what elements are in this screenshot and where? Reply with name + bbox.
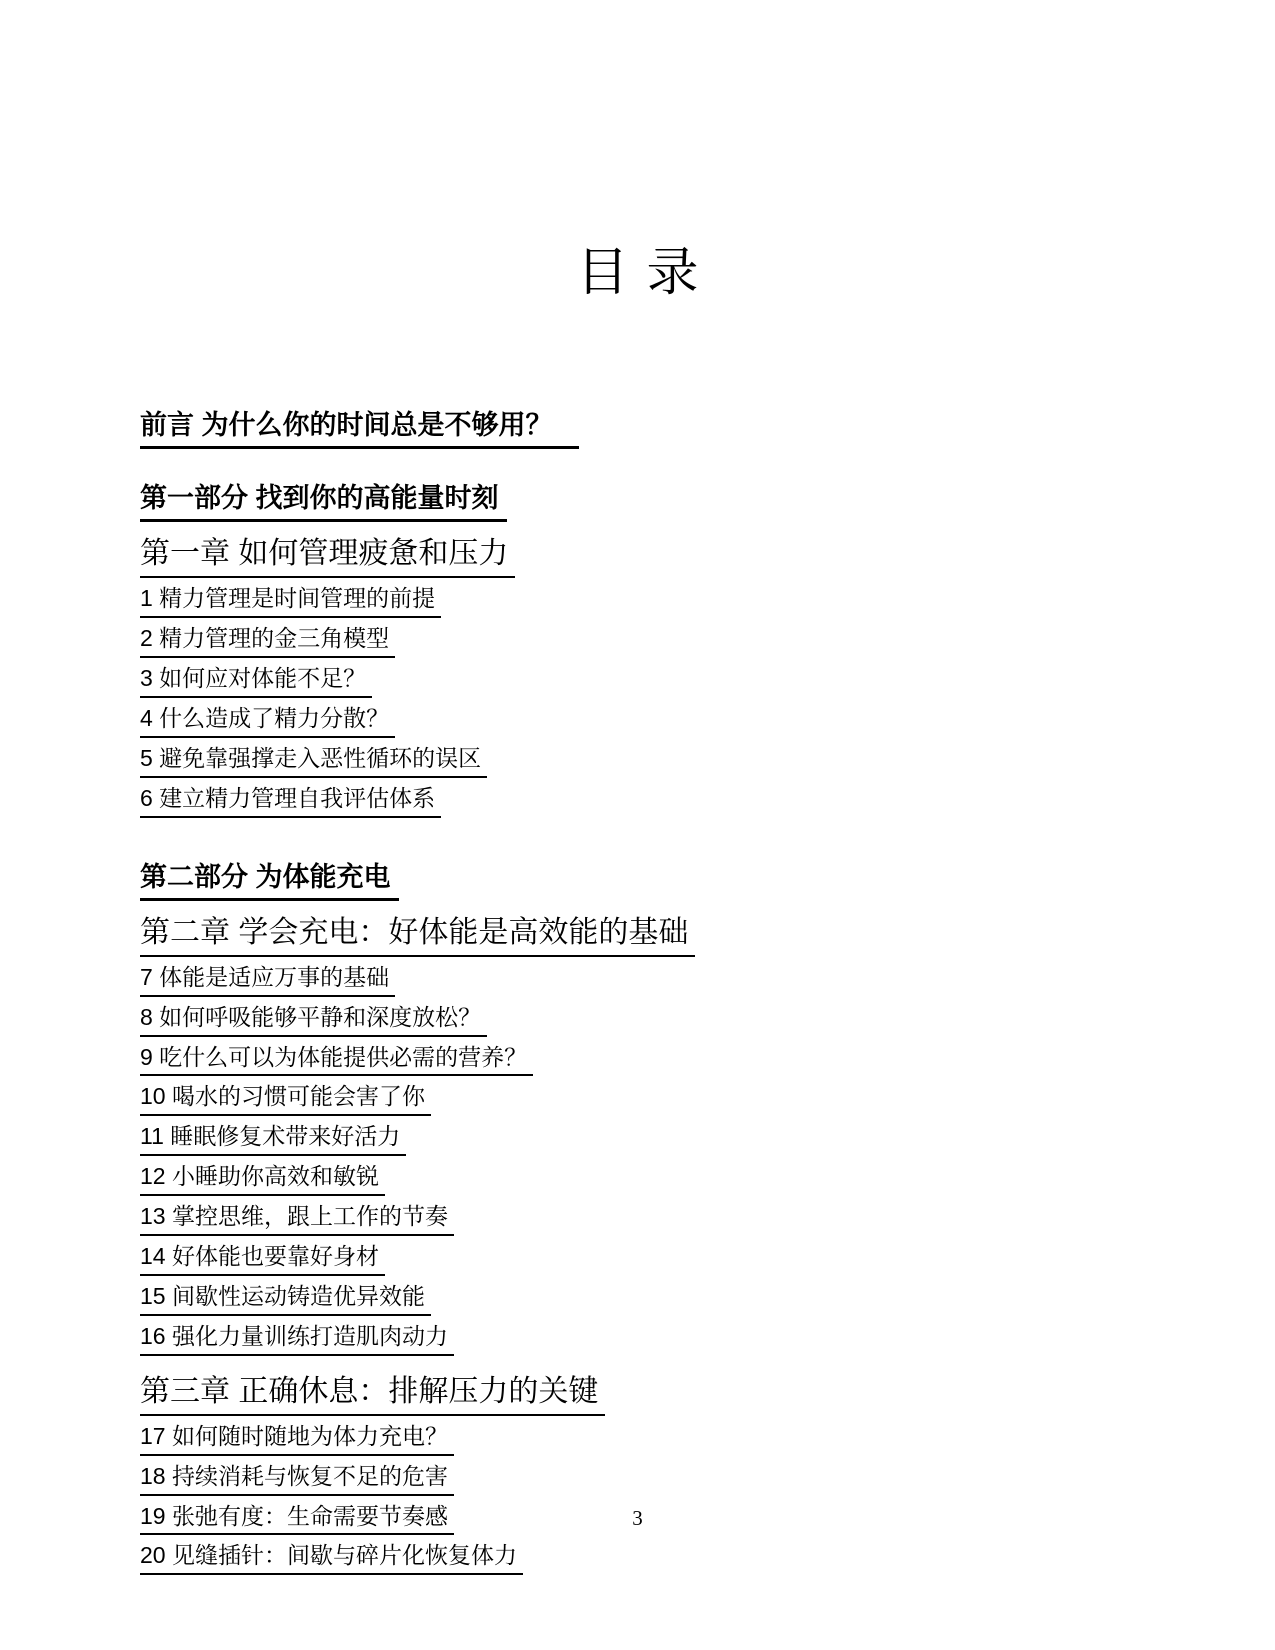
toc-link-item-4[interactable]: 4 什么造成了精力分散？ — [140, 704, 395, 738]
toc-item-15: 15 间歇性运动铸造优异效能 — [140, 1282, 1185, 1316]
toc-link-item-3[interactable]: 3 如何应对体能不足？ — [140, 664, 372, 698]
toc-link-part-2[interactable]: 第二部分 为体能充电 — [140, 860, 399, 901]
toc-link-item-8[interactable]: 8 如何呼吸能够平静和深度放松？ — [140, 1003, 487, 1037]
toc-item-20: 20 见缝插针：间歇与碎片化恢复体力 — [140, 1541, 1185, 1575]
toc-item-8: 8 如何呼吸能够平静和深度放松？ — [140, 1003, 1185, 1037]
page-number: 3 — [0, 1506, 1275, 1531]
toc-link-item-16[interactable]: 16 强化力量训练打造肌肉动力 — [140, 1322, 454, 1356]
toc-link-item-1[interactable]: 1 精力管理是时间管理的前提 — [140, 584, 441, 618]
toc-item-13: 13 掌控思维，跟上工作的节奏 — [140, 1202, 1185, 1236]
toc-link-part-1[interactable]: 第一部分 找到你的高能量时刻 — [140, 481, 507, 522]
toc-link-item-5[interactable]: 5 避免靠强撑走入恶性循环的误区 — [140, 744, 487, 778]
toc-item-18: 18 持续消耗与恢复不足的危害 — [140, 1462, 1185, 1496]
toc-link-item-18[interactable]: 18 持续消耗与恢复不足的危害 — [140, 1462, 454, 1496]
toc-link-item-10[interactable]: 10 喝水的习惯可能会害了你 — [140, 1082, 431, 1116]
toc-item-7: 7 体能是适应万事的基础 — [140, 963, 1185, 997]
toc-chapter-3: 第三章 正确休息：排解压力的关键 — [140, 1372, 1185, 1416]
toc-item-17: 17 如何随时随地为体力充电？ — [140, 1422, 1185, 1456]
toc-preface: 前言 为什么你的时间总是不够用？ — [140, 408, 1185, 449]
toc-link-item-17[interactable]: 17 如何随时随地为体力充电？ — [140, 1422, 454, 1456]
toc-link-preface[interactable]: 前言 为什么你的时间总是不够用？ — [140, 408, 579, 449]
toc-chapter-2: 第二章 学会充电：好体能是高效能的基础 — [140, 913, 1185, 957]
toc-item-12: 12 小睡助你高效和敏锐 — [140, 1162, 1185, 1196]
toc-item-3: 3 如何应对体能不足？ — [140, 664, 1185, 698]
toc-link-item-15[interactable]: 15 间歇性运动铸造优异效能 — [140, 1282, 431, 1316]
toc-link-chapter-2[interactable]: 第二章 学会充电：好体能是高效能的基础 — [140, 913, 695, 957]
toc-item-5: 5 避免靠强撑走入恶性循环的误区 — [140, 744, 1185, 778]
toc-link-item-13[interactable]: 13 掌控思维，跟上工作的节奏 — [140, 1202, 454, 1236]
toc-item-9: 9 吃什么可以为体能提供必需的营养？ — [140, 1043, 1185, 1077]
toc-link-item-9[interactable]: 9 吃什么可以为体能提供必需的营养？ — [140, 1043, 533, 1077]
toc-item-10: 10 喝水的习惯可能会害了你 — [140, 1082, 1185, 1116]
toc-item-1: 1 精力管理是时间管理的前提 — [140, 584, 1185, 618]
toc-item-6: 6 建立精力管理自我评估体系 — [140, 784, 1185, 818]
toc-item-11: 11 睡眠修复术带来好活力 — [140, 1122, 1185, 1156]
toc-link-chapter-3[interactable]: 第三章 正确休息：排解压力的关键 — [140, 1372, 605, 1416]
toc-item-2: 2 精力管理的金三角模型 — [140, 624, 1185, 658]
toc-link-item-6[interactable]: 6 建立精力管理自我评估体系 — [140, 784, 441, 818]
toc-link-chapter-1[interactable]: 第一章 如何管理疲惫和压力 — [140, 534, 515, 578]
document-page: 目录 前言 为什么你的时间总是不够用？ 第一部分 找到你的高能量时刻 第一章 如… — [0, 0, 1275, 1650]
toc-item-14: 14 好体能也要靠好身材 — [140, 1242, 1185, 1276]
toc-link-item-14[interactable]: 14 好体能也要靠好身材 — [140, 1242, 385, 1276]
toc-item-4: 4 什么造成了精力分散？ — [140, 704, 1185, 738]
toc-link-item-12[interactable]: 12 小睡助你高效和敏锐 — [140, 1162, 385, 1196]
toc-link-item-20[interactable]: 20 见缝插针：间歇与碎片化恢复体力 — [140, 1541, 523, 1575]
toc-link-item-7[interactable]: 7 体能是适应万事的基础 — [140, 963, 395, 997]
table-of-contents: 前言 为什么你的时间总是不够用？ 第一部分 找到你的高能量时刻 第一章 如何管理… — [140, 408, 1185, 1575]
toc-link-item-2[interactable]: 2 精力管理的金三角模型 — [140, 624, 395, 658]
toc-part-1: 第一部分 找到你的高能量时刻 — [140, 481, 1185, 522]
page-title: 目录 — [0, 245, 1275, 302]
toc-part-2: 第二部分 为体能充电 — [140, 860, 1185, 901]
toc-link-item-11[interactable]: 11 睡眠修复术带来好活力 — [140, 1122, 406, 1156]
toc-item-16: 16 强化力量训练打造肌肉动力 — [140, 1322, 1185, 1356]
toc-chapter-1: 第一章 如何管理疲惫和压力 — [140, 534, 1185, 578]
